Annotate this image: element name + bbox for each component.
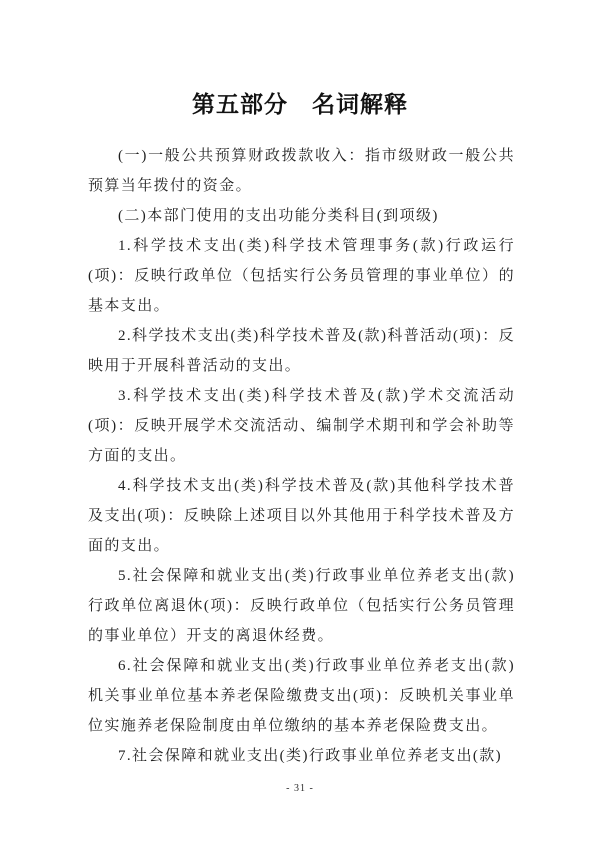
document-page: 第五部分 名词解释 (一)一般公共预算财政拨款收入：指市级财政一般公共预算当年拨… <box>0 0 600 848</box>
page-number: - 31 - <box>286 783 314 794</box>
document-body: (一)一般公共预算财政拨款收入：指市级财政一般公共预算当年拨付的资金。 (二)本… <box>88 141 515 771</box>
paragraph-item-7: 7.社会保障和就业支出(类)行政事业单位养老支出(款) <box>88 741 515 771</box>
paragraph-item-6: 6.社会保障和就业支出(类)行政事业单位养老支出(款)机关事业单位基本养老保险缴… <box>88 651 515 741</box>
paragraph-item-5: 5.社会保障和就业支出(类)行政事业单位养老支出(款)行政单位离退休(项)：反映… <box>88 561 515 651</box>
paragraph-item-4: 4.科学技术支出(类)科学技术普及(款)其他科学技术普及支出(项)：反映除上述项… <box>88 471 515 561</box>
paragraph-item-3: 3.科学技术支出(类)科学技术普及(款)学术交流活动(项)：反映开展学术交流活动… <box>88 381 515 471</box>
paragraph-definition-2: (二)本部门使用的支出功能分类科目(到项级) <box>88 201 515 231</box>
paragraph-item-1: 1.科学技术支出(类)科学技术管理事务(款)行政运行(项)：反映行政单位（包括实… <box>88 231 515 321</box>
page-title: 第五部分 名词解释 <box>0 89 600 120</box>
page-footer: - 31 - <box>0 783 600 794</box>
paragraph-definition-1: (一)一般公共预算财政拨款收入：指市级财政一般公共预算当年拨付的资金。 <box>88 141 515 201</box>
paragraph-item-2: 2.科学技术支出(类)科学技术普及(款)科普活动(项)：反映用于开展科普活动的支… <box>88 321 515 381</box>
